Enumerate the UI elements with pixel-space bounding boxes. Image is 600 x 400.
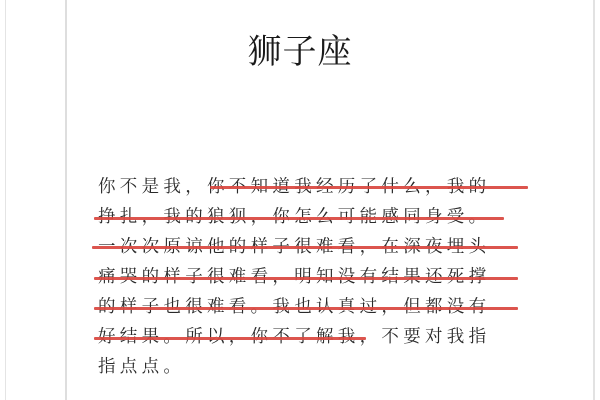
body-paragraph: 你不是我，你不知道我经历了什么，我的 挣扎，我的狼狈，你怎么可能感同身受。 一次… [98, 172, 518, 382]
strikethrough-mark [94, 217, 504, 220]
strikethrough-mark [92, 246, 518, 249]
strikethrough-mark [94, 307, 518, 310]
strikethrough-mark [94, 277, 518, 280]
text-line-5: 的样子也很难看。我也认真过，但都没有 [98, 292, 518, 322]
text-line-2: 挣扎，我的狼狈，你怎么可能感同身受。 [98, 202, 518, 232]
document-page: 狮子座 你不是我，你不知道我经历了什么，我的 挣扎，我的狼狈，你怎么可能感同身受… [0, 0, 600, 400]
text-line-6: 好结果。所以，你不了解我，不要对我指 [98, 322, 518, 352]
text-line-3: 一次次原谅他的样子很难看，在深夜埋头 [98, 232, 518, 262]
page-right-border [593, 0, 595, 400]
text-line-4: 痛哭的样子很难看，明知没有结果还死撑 [98, 262, 518, 292]
text-line-7: 指点点。 [98, 352, 518, 382]
page-title: 狮子座 [230, 30, 370, 74]
strikethrough-mark [94, 337, 366, 340]
strikethrough-mark [210, 186, 528, 189]
text-line-content: 指点点。 [98, 357, 185, 377]
outer-border-line [5, 0, 6, 400]
text-line-1: 你不是我，你不知道我经历了什么，我的 [98, 172, 518, 202]
page-left-border [65, 0, 67, 400]
